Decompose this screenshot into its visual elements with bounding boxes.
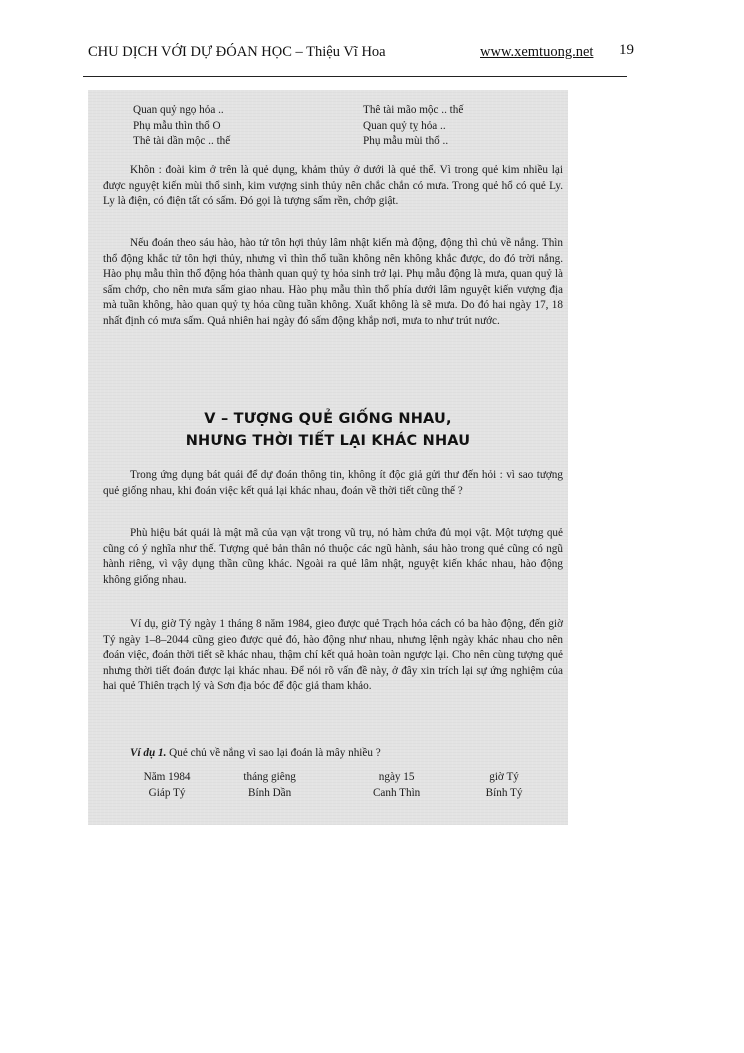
body-paragraph: Khôn : đoài kim ở trên là quẻ dụng, khảm… [103,163,563,210]
page-header: CHU DỊCH VỚI DỰ ĐÓAN HỌC – Thiệu Vĩ Hoa … [88,42,628,66]
body-paragraph: Ví dụ, giờ Tý ngày 1 tháng 8 năm 1984, g… [103,617,563,695]
book-title: CHU DỊCH VỚI DỰ ĐÓAN HỌC – Thiệu Vĩ Hoa [88,44,386,61]
date-table: Năm 1984 tháng giêng ngày 15 giờ Tý Giáp… [128,770,548,802]
body-paragraph: Nếu đoán theo sáu hào, hào tử tôn hợi th… [103,236,563,330]
hexagram-lines: Quan quỷ ngọ hỏa .. Thê tài mão mộc .. t… [133,103,553,150]
example-label: Ví dụ 1. [130,747,166,759]
date-row: Giáp Tý Bính Dần Canh Thìn Bính Tý [128,786,548,802]
website-link[interactable]: www.xemtuong.net [480,44,593,61]
example-title: Ví dụ 1. Quẻ chủ về nắng vì sao lại đoán… [130,746,550,762]
hexagram-line: Thê tài dần mộc .. thế Phụ mẫu mùi thổ .… [133,134,553,150]
section-heading: V – TƯỢNG QUẺ GIỐNG NHAU, NHƯNG THỜI TIẾ… [88,408,568,452]
page-number: 19 [619,42,634,59]
hexagram-line: Quan quỷ ngọ hỏa .. Thê tài mão mộc .. t… [133,103,553,119]
body-paragraph: Phù hiệu bát quái là mật mã của vạn vật … [103,526,563,588]
header-divider [83,76,627,77]
scanned-page: Quan quỷ ngọ hỏa .. Thê tài mão mộc .. t… [88,90,568,825]
body-paragraph: Trong ứng dụng bát quái để dự đoán thông… [103,468,563,499]
date-row: Năm 1984 tháng giêng ngày 15 giờ Tý [128,770,548,786]
hexagram-line: Phụ mẫu thìn thổ O Quan quỷ tỵ hỏa .. [133,119,553,135]
example-question: Quẻ chủ về nắng vì sao lại đoán là mây n… [166,747,380,759]
